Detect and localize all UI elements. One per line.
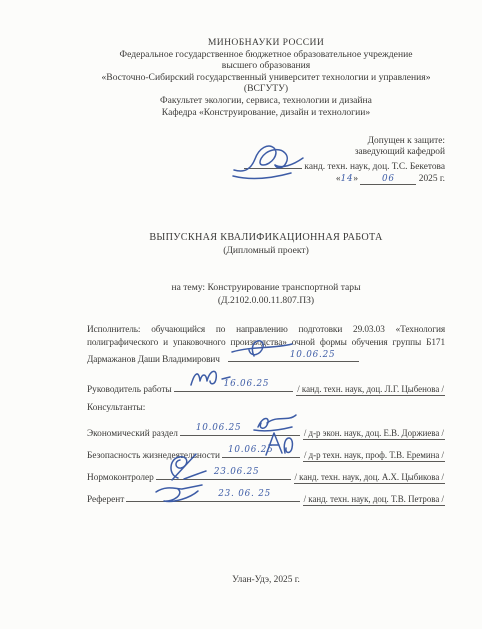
supervisor-row: Руководитель работы 16.06.25 / канд. тех… xyxy=(87,380,445,396)
consultant-credentials: / д-р экон. наук, доц. Е.В. Доржиева / xyxy=(303,428,445,440)
consultant-credentials: / канд. техн. наук, доц. Т.В. Петрова / xyxy=(303,494,445,506)
supervisor-label: Руководитель работы xyxy=(87,385,172,395)
executor-line-2: полиграфического и упаковочного производ… xyxy=(87,337,445,350)
institution-line-1: Федеральное государственное бюджетное об… xyxy=(87,49,445,61)
consultant-label: Нормоконтролер xyxy=(87,473,154,483)
signature-line: 23. 06. 25 xyxy=(126,490,299,502)
executor-line-3: Дармажанов Даши Владимирович 10.06.25 xyxy=(87,350,359,367)
university-abbr-line: (ВСГУТУ) xyxy=(87,83,445,95)
faculty-line: Факультет экологии, сервиса, технологии … xyxy=(87,95,445,107)
consultant-credentials: / д-р техн. наук, проф. Т.В. Еремина / xyxy=(303,450,445,462)
month-line: 06 xyxy=(360,174,416,185)
handwritten-date: 10.06.25 xyxy=(290,349,336,362)
scanned-thesis-title-page: МИНОБНАУКИ РОССИИ Федеральное государств… xyxy=(0,0,482,629)
handwritten-day: 14 xyxy=(341,174,354,184)
executor-line-1: Исполнитель: обучающийся по направлению … xyxy=(87,324,445,337)
signature-line: 10.06.25 xyxy=(180,424,300,436)
handwritten-date: 10.06.25 xyxy=(196,423,242,433)
work-code: (Д.2102.0.00.11.807.ПЗ) xyxy=(87,294,445,307)
supervisor-credentials: / канд. техн. наук, доц. Л.Г. Цыбенова / xyxy=(296,384,445,396)
handwritten-date: 23. 06. 25 xyxy=(218,489,271,499)
approval-year: 2025 г. xyxy=(419,174,445,184)
quote-close: » xyxy=(353,174,358,184)
ministry-line: МИНОБНАУКИ РОССИИ xyxy=(87,37,445,49)
consultant-row-life-safety: Безопасность жизнедеятельности 10.06.25 … xyxy=(87,446,445,462)
signature-line: 10.06.25 xyxy=(222,446,300,458)
executor-name: Дармажанов Даши Владимирович xyxy=(87,354,226,367)
footer-city-year: Улан-Удэ, 2025 г. xyxy=(87,575,445,585)
handwritten-month: 06 xyxy=(382,174,395,184)
university-name-line: «Восточно-Сибирский государственный унив… xyxy=(87,72,445,84)
economics-signature-icon xyxy=(252,410,298,434)
consultant-row-reviewer: Референт 23. 06. 25 / канд. техн. наук, … xyxy=(87,490,445,506)
supervisor-signature-line: 16.06.25 xyxy=(174,380,294,392)
consultant-label: Экономический раздел xyxy=(87,429,178,439)
header-block: МИНОБНАУКИ РОССИИ Федеральное государств… xyxy=(87,37,445,118)
signature-head-of-department-wrap xyxy=(231,140,317,184)
work-title: ВЫПУСКНАЯ КВАЛИФИКАЦИОННАЯ РАБОТА xyxy=(87,231,445,244)
signature-line: 23.06.25 xyxy=(156,468,291,480)
work-topic: на тему: Конструирование транспортной та… xyxy=(87,281,445,294)
department-line: Кафедра «Конструирование, дизайн и техно… xyxy=(87,107,445,119)
consultants-label: Консультанты: xyxy=(87,403,445,413)
executor-signature-line: 10.06.25 xyxy=(228,350,359,362)
institution-line-2: высшего образования xyxy=(87,60,445,72)
approval-credentials: канд. техн. наук, доц. Т.С. Бекетова xyxy=(304,162,445,172)
executor-block: Исполнитель: обучающийся по направлению … xyxy=(87,324,445,368)
consultant-row-compliance: Нормоконтролер 23.06.25 / канд. техн. на… xyxy=(87,468,445,484)
handwritten-date: 23.06.25 xyxy=(214,467,260,477)
consultant-label: Безопасность жизнедеятельности xyxy=(87,451,220,461)
head-of-department-signature-icon xyxy=(231,140,317,184)
consultant-row-economics: Экономический раздел 10.06.25 / д-р экон… xyxy=(87,424,445,440)
handwritten-date: 16.06.25 xyxy=(224,379,270,389)
consultant-label: Референт xyxy=(87,495,124,505)
consultant-credentials: / канд. техн. наук, доц. А.Х. Цыбикова / xyxy=(294,472,446,484)
page-content: МИНОБНАУКИ РОССИИ Федеральное государств… xyxy=(87,0,445,629)
title-block: ВЫПУСКНАЯ КВАЛИФИКАЦИОННАЯ РАБОТА (Дипло… xyxy=(87,231,445,307)
handwritten-date: 10.06.25 xyxy=(228,445,274,455)
work-subtitle: (Дипломный проект) xyxy=(87,244,445,257)
approval-block: Допущен к защите: заведующий кафедрой ка… xyxy=(87,136,445,185)
